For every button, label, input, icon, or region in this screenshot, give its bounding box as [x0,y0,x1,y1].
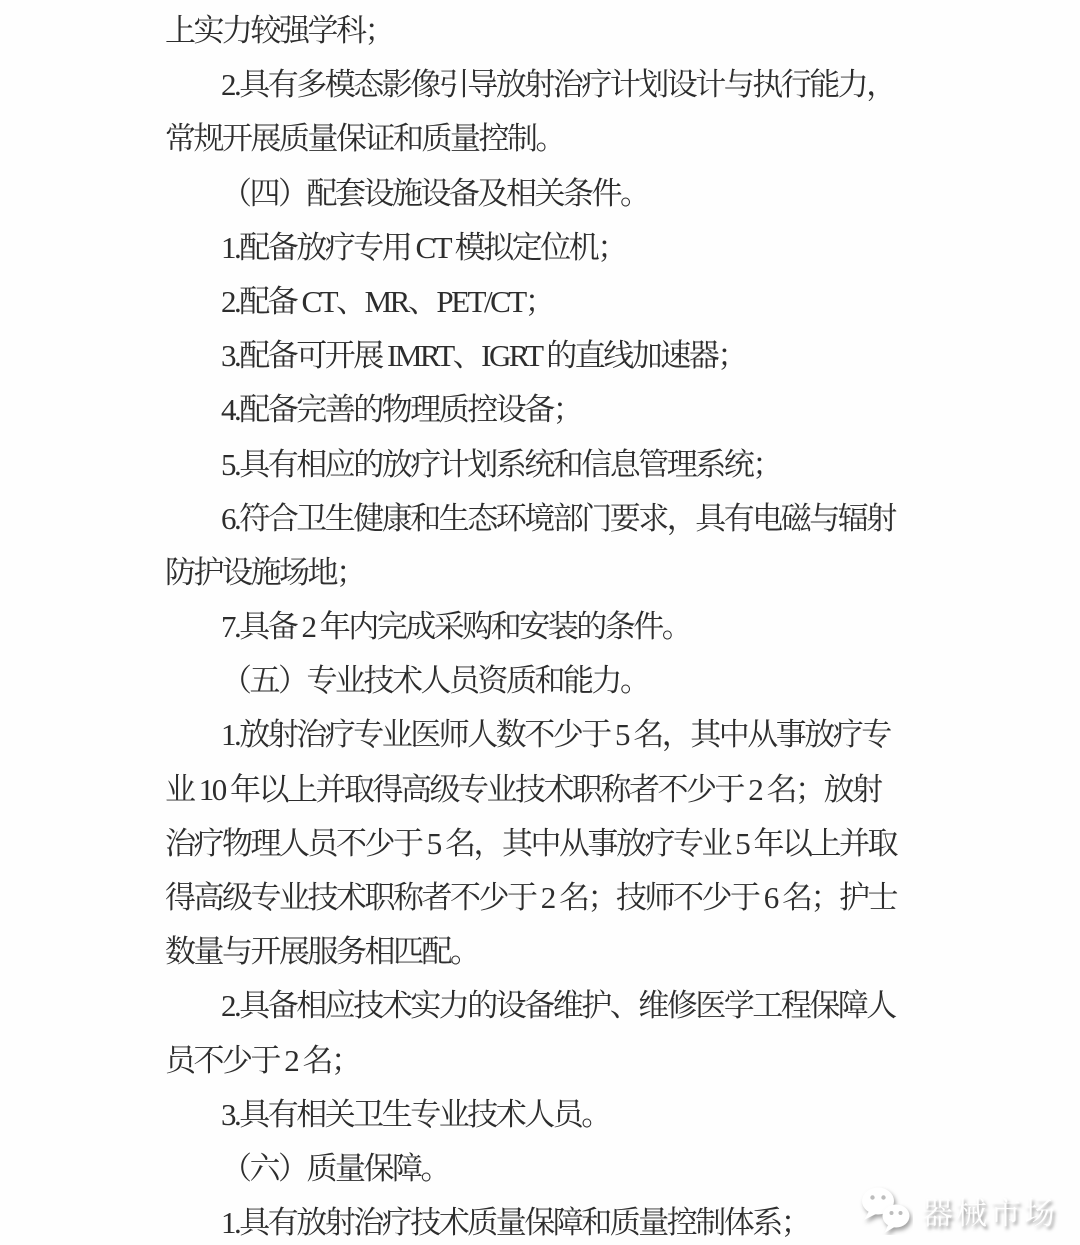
doc-line: （五）专业技术人员资质和能力。 [165,654,945,708]
doc-line: （四）配套设施设备及相关条件。 [165,167,945,221]
watermark: 器械市场 [859,1185,1058,1235]
doc-line: 1.配备放疗专用 CT 模拟定位机； [165,221,945,275]
doc-line: （六）质量保障。 [165,1142,945,1196]
document-text-block: 上实力较强学科； 2.具有多模态影像引导放射治疗计划设计与执行能力， 常规开展质… [165,4,945,1245]
doc-line: 2.具有多模态影像引导放射治疗计划设计与执行能力， [165,58,945,112]
doc-line: 2.具备相应技术实力的设备维护、维修医学工程保障人 [165,979,945,1033]
doc-line: 5.具有相应的放疗计划系统和信息管理系统； [165,438,945,492]
doc-line: 防护设施场地； [165,546,945,600]
doc-line: 1.放射治疗专业医师人数不少于 5 名，其中从事放疗专 [165,708,945,762]
doc-line: 上实力较强学科； [165,4,945,58]
doc-line: 3.配备可开展 IMRT、IGRT 的直线加速器； [165,329,945,383]
doc-line: 3.具有相关卫生专业技术人员。 [165,1088,945,1142]
document-page: 上实力较强学科； 2.具有多模态影像引导放射治疗计划设计与执行能力， 常规开展质… [0,0,1080,1245]
wechat-icon [859,1185,913,1235]
doc-line: 得高级专业技术职称者不少于 2 名；技师不少于 6 名；护士 [165,871,945,925]
doc-line: 治疗物理人员不少于 5 名，其中从事放疗专业 5 年以上并取 [165,817,945,871]
doc-line: 7.具备 2 年内完成采购和安装的条件。 [165,600,945,654]
doc-line: 数量与开展服务相匹配。 [165,925,945,979]
doc-line: 员不少于 2 名； [165,1034,945,1088]
doc-line: 业 10 年以上并取得高级专业技术职称者不少于 2 名；放射 [165,763,945,817]
doc-line: 4.配备完善的物理质控设备； [165,383,945,437]
doc-line: 常规开展质量保证和质量控制。 [165,112,945,166]
doc-line: 6.符合卫生健康和生态环境部门要求，具有电磁与辐射 [165,492,945,546]
doc-line: 1.具有放射治疗技术质量保障和质量控制体系； [165,1196,945,1245]
doc-line: 2.配备 CT、MR、PET/CT； [165,275,945,329]
watermark-label: 器械市场 [922,1188,1058,1233]
